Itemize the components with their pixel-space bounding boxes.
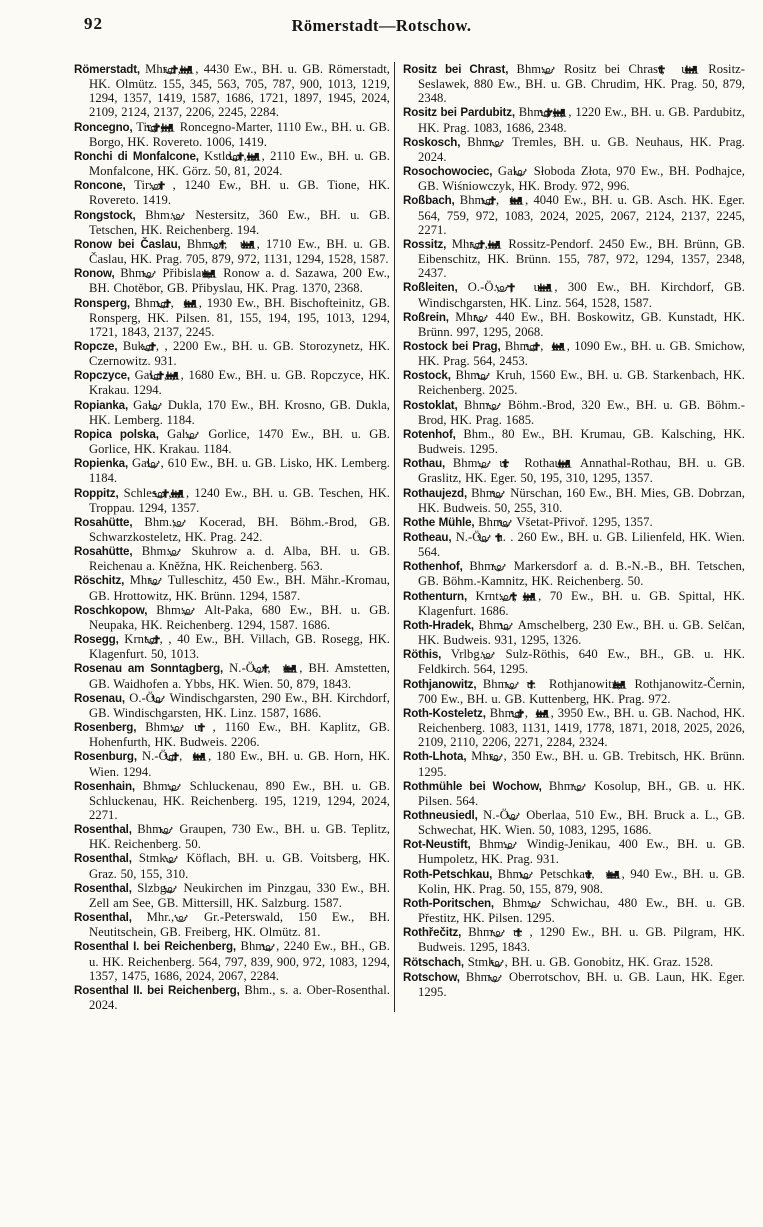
place-name: Roschkopow, — [74, 604, 147, 617]
railway-station-icon — [185, 486, 186, 500]
directory-entry: Rot-Neustift, Bhm., Windig-Jenikau, 400 … — [403, 837, 745, 866]
place-name: Rothau, — [403, 457, 445, 470]
place-name: Rosahütte, — [74, 545, 132, 558]
directory-entry: Rothřečitz, Bhm., u. , 1290 Ew., BH. u. … — [403, 925, 745, 954]
place-name: Rötschach, — [403, 956, 464, 969]
directory-entry: Rositz bei Pardubitz, Bhm., , , , 1220 E… — [403, 105, 745, 134]
place-name: Rothenhof, — [403, 560, 463, 573]
railway-station-icon — [621, 867, 622, 881]
directory-entry: Ronsperg, Bhm., , u. , 1930 Ew., BH. Bis… — [74, 296, 390, 339]
directory-entry: Rosenthal, Stmk., Köflach, BH. u. GB. Vo… — [74, 851, 390, 880]
place-name: Rosenthal, — [74, 911, 132, 924]
railway-station-icon — [550, 706, 551, 720]
place-name: Rossitz, — [403, 238, 446, 251]
place-name: Röthis, — [403, 648, 441, 661]
place-name: Ronsperg, — [74, 297, 130, 310]
directory-entry: Ronow bei Časlau, Bhm., , u. , 1710 Ew.,… — [74, 237, 390, 266]
directory-entry: Rosenberg, Bhm., u. , 1160 Ew., BH. Kapl… — [74, 720, 390, 749]
place-name: Rothřečitz, — [403, 926, 461, 939]
place-name: Ronow bei Časlau, — [74, 238, 181, 251]
place-name: Rosenberg, — [74, 721, 136, 734]
directory-entry: Rosegg, Krnt., , , 40 Ew., BH. Villach, … — [74, 632, 390, 661]
place-name: Rostock, — [403, 369, 451, 382]
directory-entry: Roth-Hradek, Bhm., Amschelberg, 230 Ew.,… — [403, 618, 745, 647]
directory-entry: Rothneusiedl, N.-Ö., Oberlaa, 510 Ew., B… — [403, 808, 745, 837]
railway-station-icon — [567, 105, 568, 119]
railway-station-icon — [627, 677, 628, 691]
directory-entry: Rosahütte, Bhm., Skuhrow a. d. Alba, BH.… — [74, 544, 390, 573]
place-name: Roth-Lhota, — [403, 750, 466, 763]
railway-station-icon — [537, 589, 538, 603]
place-name: Roth-Poritschen, — [403, 897, 494, 910]
directory-entry: Roth-Petschkau, Bhm., Petschkau, u. , 94… — [403, 867, 745, 896]
directory-entry: Römerstadt, Mhr., , , , 4430 Ew., BH. u.… — [74, 62, 390, 120]
directory-page: 92 Römerstadt—Rotschow. Römerstadt, Mhr.… — [0, 0, 763, 1227]
place-name: Rosenthal, — [74, 882, 132, 895]
directory-entry: Rothjanowitz, Bhm., u. Rothjanowitz, Rot… — [403, 677, 745, 706]
directory-entry: Ronow, Bhm., Přibislau, Ronow a. d. Saza… — [74, 266, 390, 295]
railway-station-icon — [175, 120, 176, 134]
railway-station-icon — [198, 296, 199, 310]
place-name: Rotschow, — [403, 971, 460, 984]
railway-station-icon — [572, 456, 573, 470]
place-name: Roppitz, — [74, 487, 119, 500]
directory-entry: Roth-Lhota, Mhr., , 350 Ew., BH. u. GB. … — [403, 749, 745, 778]
place-name: Ronchi di Monfalcone, — [74, 150, 199, 163]
directory-entry: Roßbach, Bhm., , u. , 4040 Ew., BH. u. G… — [403, 193, 745, 236]
railway-station-icon — [502, 237, 503, 251]
directory-entry: Rothe Mühle, Bhm., Všetat-Přivoř. 1295, … — [403, 515, 745, 530]
place-name: Ropienka, — [74, 457, 128, 470]
place-name: Ropczyce, — [74, 369, 130, 382]
place-name: Rotenhof, — [403, 428, 456, 441]
place-name: Rosenthal, — [74, 823, 132, 836]
directory-entry: Ropienka, Gal., , 610 Ew., BH. u. GB. Li… — [74, 456, 390, 485]
directory-entry: Rothmühle bei Wochow, Bhm., Kosolup, BH.… — [403, 779, 745, 808]
directory-entry: Roßrein, Mhr., 440 Ew., BH. Boskowitz, G… — [403, 310, 745, 339]
railway-station-icon — [194, 62, 195, 76]
place-name: Rositz bei Pardubitz, — [403, 106, 515, 119]
directory-entry: Ronchi di Monfalcone, Kstld., , , , 2110… — [74, 149, 390, 178]
directory-entry: Rothenturn, Krnt., , , , 70 Ew., BH. u. … — [403, 589, 745, 618]
directory-entry: Rosenburg, N.-Ö., , u. , 180 Ew., BH. u.… — [74, 749, 390, 778]
place-name: Roth-Hradek, — [403, 619, 474, 632]
place-name: Ropica polska, — [74, 428, 159, 441]
place-name: Roth-Kosteletz, — [403, 707, 486, 720]
place-name: Rosenau am Sonntagberg, — [74, 662, 223, 675]
directory-entry: Roncegno, Tir., , , Roncegno-Marter, 111… — [74, 120, 390, 149]
directory-entry: Rothaujezd, Bhm., Nürschan, 160 Ew., BH.… — [403, 486, 745, 515]
directory-entry: Rotenhof, Bhm., 80 Ew., BH. Krumau, GB. … — [403, 427, 745, 456]
place-name: Rothneusiedl, — [403, 809, 478, 822]
place-name: Ropianka, — [74, 399, 128, 412]
railway-station-icon — [261, 149, 262, 163]
place-name: Rothmühle bei Wochow, — [403, 780, 542, 793]
directory-entry: Rosenau, O.-Ö., Windischgarsten, 290 Ew.… — [74, 691, 390, 720]
column-right: Rositz bei Chrast, Bhm., Rositz bei Chra… — [403, 62, 745, 1012]
place-name: Rosahütte, — [74, 516, 132, 529]
directory-entry: Rothenhof, Bhm., Markersdorf a. d. B.-N.… — [403, 559, 745, 588]
railway-station-icon — [524, 193, 525, 207]
column-divider — [394, 62, 395, 1012]
place-name: Rosenau, — [74, 692, 125, 705]
page-content: Römerstadt, Mhr., , , , 4430 Ew., BH. u.… — [74, 62, 745, 1012]
place-name: Rosenburg, — [74, 750, 137, 763]
directory-entry: Rosenthal II. bei Reichenberg, Bhm., s. … — [74, 983, 390, 1012]
place-name: Rot-Neustift, — [403, 838, 471, 851]
directory-entry: Rotschow, Bhm., Oberrotschov, BH. u. GB.… — [403, 970, 745, 999]
directory-entry: Rostock, Bhm., Kruh, 1560 Ew., BH. u. GB… — [403, 368, 745, 397]
place-name: Rothe Mühle, — [403, 516, 474, 529]
place-name: Roßleiten, — [403, 281, 458, 294]
place-name: Rosegg, — [74, 633, 119, 646]
railway-station-icon — [566, 339, 567, 353]
place-name: Rosenthal II. bei Reichenberg, — [74, 984, 240, 997]
place-name: Roßrein, — [403, 311, 449, 324]
page-title: Römerstadt—Rotschow. — [0, 16, 763, 36]
directory-entry: Ropczyce, Gal., , , , 1680 Ew., BH. u. G… — [74, 368, 390, 397]
directory-entry: Rosenthal, Slzbg., Neukirchen im Pinzgau… — [74, 881, 390, 910]
railway-station-icon — [699, 62, 700, 76]
place-name: Roskosch, — [403, 136, 460, 149]
railway-station-icon — [217, 266, 218, 280]
place-name: Rongstock, — [74, 209, 136, 222]
directory-entry: Roppitz, Schles., , , , 1240 Ew., BH. u.… — [74, 486, 390, 515]
place-name: Röschitz, — [74, 574, 124, 587]
railway-station-icon — [298, 661, 299, 675]
directory-entry: Roschkopow, Bhm., Alt-Paka, 680 Ew., BH.… — [74, 603, 390, 632]
railway-station-icon — [256, 237, 257, 251]
directory-entry: Roskosch, Bhm., Tremles, BH. u. GB. Neuh… — [403, 135, 745, 164]
directory-entry: Rosenau am Sonntagberg, N.-Ö., , u. , BH… — [74, 661, 390, 690]
directory-entry: Rossitz, Mhr., , , Rossitz-Pendorf. 2450… — [403, 237, 745, 280]
directory-entry: Ropianka, Gal., Dukla, 170 Ew., BH. Kros… — [74, 398, 390, 427]
directory-entry: Rosenthal, Mhr., Gr.-Peterswald, 150 Ew.… — [74, 910, 390, 939]
place-name: Roncegno, — [74, 121, 133, 134]
directory-entry: Ropcze, Buk., , , 2200 Ew., BH. u. GB. S… — [74, 339, 390, 368]
railway-station-icon — [207, 749, 208, 763]
place-name: Rothaujezd, — [403, 487, 467, 500]
directory-entry: Rosenthal, Bhm., Graupen, 730 Ew., BH. u… — [74, 822, 390, 851]
directory-entry: Rosochowociec, Gal., Słoboda Złota, 970 … — [403, 164, 745, 193]
place-name: Rosenhain, — [74, 780, 135, 793]
directory-entry: Röthis, Vrlbg., Sulz-Röthis, 640 Ew., BH… — [403, 647, 745, 676]
place-name: Ronow, — [74, 267, 115, 280]
place-name: Rositz bei Chrast, — [403, 63, 508, 76]
directory-entry: Rötschach, Stmk., , BH. u. GB. Gonobitz,… — [403, 955, 745, 970]
place-name: Rosochowociec, — [403, 165, 492, 178]
directory-entry: Ropica polska, Gal., Gorlice, 1470 Ew., … — [74, 427, 390, 456]
directory-entry: Rostoklat, Bhm., Böhm.-Brod, 320 Ew., BH… — [403, 398, 745, 427]
place-name: Rothenturn, — [403, 590, 467, 603]
railway-station-icon — [180, 368, 181, 382]
directory-entry: Roßleiten, O.-Ö., , u. , 300 Ew., BH. Ki… — [403, 280, 745, 309]
directory-entry: Roth-Kosteletz, Bhm., , u. , 3950 Ew., B… — [403, 706, 745, 749]
directory-entry: Rosenhain, Bhm., Schluckenau, 890 Ew., B… — [74, 779, 390, 822]
place-name: Römerstadt, — [74, 63, 140, 76]
directory-entry: Rostock bei Prag, Bhm., , u. , 1090 Ew.,… — [403, 339, 745, 368]
directory-entry: Rongstock, Bhm., Nestersitz, 360 Ew., BH… — [74, 208, 390, 237]
page-header: 92 Römerstadt—Rotschow. — [0, 0, 763, 62]
place-name: Roßbach, — [403, 194, 455, 207]
place-name: Rothjanowitz, — [403, 678, 476, 691]
place-name: Rosenthal, — [74, 852, 132, 865]
place-name: Rostoklat, — [403, 399, 458, 412]
directory-entry: Rotheau, N.-Ö., u. . 260 Ew., BH. u. GB.… — [403, 530, 745, 559]
directory-entry: Rothau, Bhm., u. Rothau, Annathal-Rothau… — [403, 456, 745, 485]
place-name: Rosenthal I. bei Reichenberg, — [74, 940, 236, 953]
place-name: Roth-Petschkau, — [403, 868, 492, 881]
railway-station-icon — [553, 280, 554, 294]
directory-entry: Rositz bei Chrast, Bhm., Rositz bei Chra… — [403, 62, 745, 105]
column-left: Römerstadt, Mhr., , , , 4430 Ew., BH. u.… — [74, 62, 390, 1012]
directory-entry: Röschitz, Mhr., Tulleschitz, 450 Ew., BH… — [74, 573, 390, 602]
place-name: Rostock bei Prag, — [403, 340, 501, 353]
page-number: 92 — [84, 14, 103, 34]
place-name: Rotheau, — [403, 531, 451, 544]
directory-entry: Roncone, Tir., , 1240 Ew., BH. u. GB. Ti… — [74, 178, 390, 207]
place-name: Ropcze, — [74, 340, 117, 353]
place-name: Roncone, — [74, 179, 126, 192]
directory-entry: Rosenthal I. bei Reichenberg, Bhm., , 22… — [74, 939, 390, 982]
directory-entry: Rosahütte, Bhm., Kocerad, BH. Böhm.-Brod… — [74, 515, 390, 544]
directory-entry: Roth-Poritschen, Bhm., Schwichau, 480 Ew… — [403, 896, 745, 925]
